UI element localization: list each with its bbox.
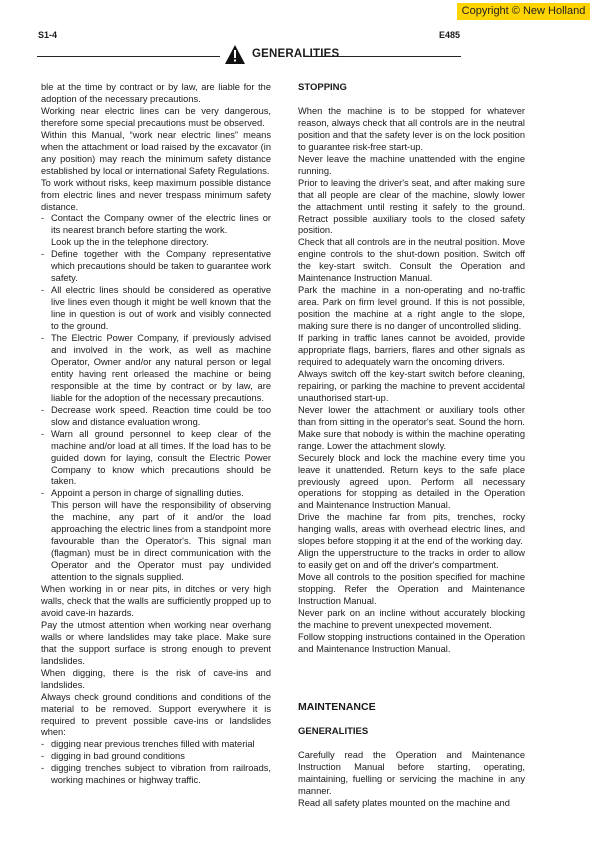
- copyright-banner: Copyright © New Holland: [457, 3, 590, 20]
- paragraph: To work without risks, keep maximum poss…: [41, 178, 271, 214]
- list-item: digging trenches subject to vibration fr…: [41, 763, 271, 787]
- paragraph: Pay the utmost attention when working ne…: [41, 620, 271, 668]
- paragraph: Check that all controls are in the neutr…: [298, 237, 525, 285]
- stopping-heading: STOPPING: [298, 82, 525, 94]
- generalities-subheading: GENERALITIES: [298, 726, 525, 738]
- page-code-right: E485: [439, 30, 460, 40]
- list-item: Contact the Company owner of the electri…: [41, 213, 271, 249]
- header-rule-left: [37, 56, 220, 57]
- maintenance-heading: MAINTENANCE: [298, 702, 525, 714]
- paragraph: Carefully read the Operation and Mainten…: [298, 750, 525, 798]
- list-item-text: digging near previous trenches filled wi…: [51, 739, 255, 749]
- list-item: digging near previous trenches filled wi…: [41, 739, 271, 751]
- left-column: ble at the time by contract or by law, a…: [41, 82, 271, 787]
- page-code-left: S1-4: [38, 30, 57, 40]
- paragraph: Always switch off the key-start switch b…: [298, 369, 525, 405]
- list-item-text: digging trenches subject to vibration fr…: [51, 763, 271, 785]
- paragraph: Read all safety plates mounted on the ma…: [298, 798, 525, 810]
- list-item: Warn all ground personnel to keep clear …: [41, 429, 271, 489]
- paragraph: Always check ground conditions and condi…: [41, 692, 271, 740]
- list-item-continuation: Look up the in the telephone directory.: [51, 237, 271, 249]
- list-item-text: Warn all ground personnel to keep clear …: [51, 429, 271, 487]
- paragraph: If parking in traffic lanes cannot be av…: [298, 333, 525, 369]
- paragraph: When the machine is to be stopped for wh…: [298, 106, 525, 154]
- right-column: STOPPING When the machine is to be stopp…: [298, 82, 525, 809]
- list-item-text: Define together with the Company represe…: [51, 249, 271, 283]
- list-item: Appoint a person in charge of signalling…: [41, 488, 271, 584]
- paragraph: Never park on an incline without accurat…: [298, 608, 525, 632]
- paragraph: Never leave the machine unattended with …: [298, 154, 525, 178]
- list-item-text: Contact the Company owner of the electri…: [51, 213, 271, 235]
- paragraph: When working in or near pits, in ditches…: [41, 584, 271, 620]
- paragraph: Never lower the attachment or auxiliary …: [298, 405, 525, 453]
- list-item-text: Appoint a person in charge of signalling…: [51, 488, 244, 498]
- list-item-text: All electric lines should be considered …: [51, 285, 271, 331]
- list-item: All electric lines should be considered …: [41, 285, 271, 333]
- paragraph: Working near electric lines can be very …: [41, 106, 271, 130]
- list-item-text: Decrease work speed. Reaction time could…: [51, 405, 271, 427]
- list-item-text: The Electric Power Company, if previousl…: [51, 333, 271, 403]
- paragraph: Follow stopping instructions contained i…: [298, 632, 525, 656]
- paragraph: Move all controls to the position specif…: [298, 572, 525, 608]
- list-item: The Electric Power Company, if previousl…: [41, 333, 271, 405]
- paragraph: Prior to leaving the driver's seat, and …: [298, 178, 525, 238]
- paragraph: Securely block and lock the machine ever…: [298, 453, 525, 513]
- list-item: Decrease work speed. Reaction time could…: [41, 405, 271, 429]
- list-item: digging in bad ground conditions: [41, 751, 271, 763]
- list-item-continuation: This person will have the responsibility…: [51, 500, 271, 584]
- paragraph: When digging, there is the risk of cave-…: [41, 668, 271, 692]
- list-item: Define together with the Company represe…: [41, 249, 271, 285]
- section-title: GENERALITIES: [225, 44, 339, 64]
- list-item-text: digging in bad ground conditions: [51, 751, 185, 761]
- paragraph: Within this Manual, “work near electric …: [41, 130, 271, 178]
- paragraph: ble at the time by contract or by law, a…: [41, 82, 271, 106]
- paragraph: Park the machine in a non-operating and …: [298, 285, 525, 333]
- paragraph: Drive the machine far from pits, trenche…: [298, 512, 525, 548]
- section-title-text: GENERALITIES: [252, 48, 339, 60]
- warning-triangle-icon: [225, 45, 245, 64]
- paragraph: Align the upperstructure to the tracks i…: [298, 548, 525, 572]
